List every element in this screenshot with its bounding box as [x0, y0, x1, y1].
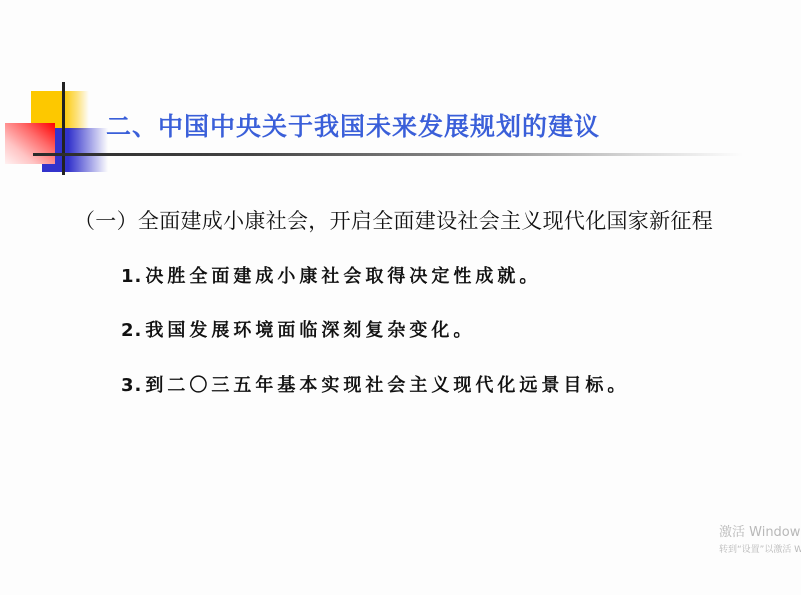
decor-red-square [5, 123, 55, 164]
slide-title: 二、中国中央关于我国未来发展规划的建议 [106, 107, 600, 143]
list-item-text: 到二〇三五年基本实现社会主义现代化远景目标。 [145, 375, 629, 396]
title-underline-divider [33, 153, 743, 156]
list-item-text: 决胜全面建成小康社会取得决定性成就。 [145, 266, 541, 287]
list-item-number: 2. [121, 320, 142, 341]
section-heading: （一）全面建成小康社会，开启全面建设社会主义现代化国家新征程 [74, 205, 713, 235]
list-item-number: 3. [121, 375, 142, 396]
list-item: 3.到二〇三五年基本实现社会主义现代化远景目标。 [121, 371, 629, 397]
decor-vertical-line [62, 82, 65, 175]
list-item-number: 1. [121, 266, 142, 287]
windows-activation-watermark: 激活 Windows 转到“设置”以激活 W [719, 521, 801, 555]
list-item: 1.决胜全面建成小康社会取得决定性成就。 [121, 262, 541, 288]
list-item-text: 我国发展环境面临深刻复杂变化。 [145, 320, 475, 341]
watermark-subtitle: 转到“设置”以激活 W [719, 542, 801, 555]
watermark-title: 激活 Windows [719, 521, 801, 540]
list-item: 2.我国发展环境面临深刻复杂变化。 [121, 316, 475, 342]
